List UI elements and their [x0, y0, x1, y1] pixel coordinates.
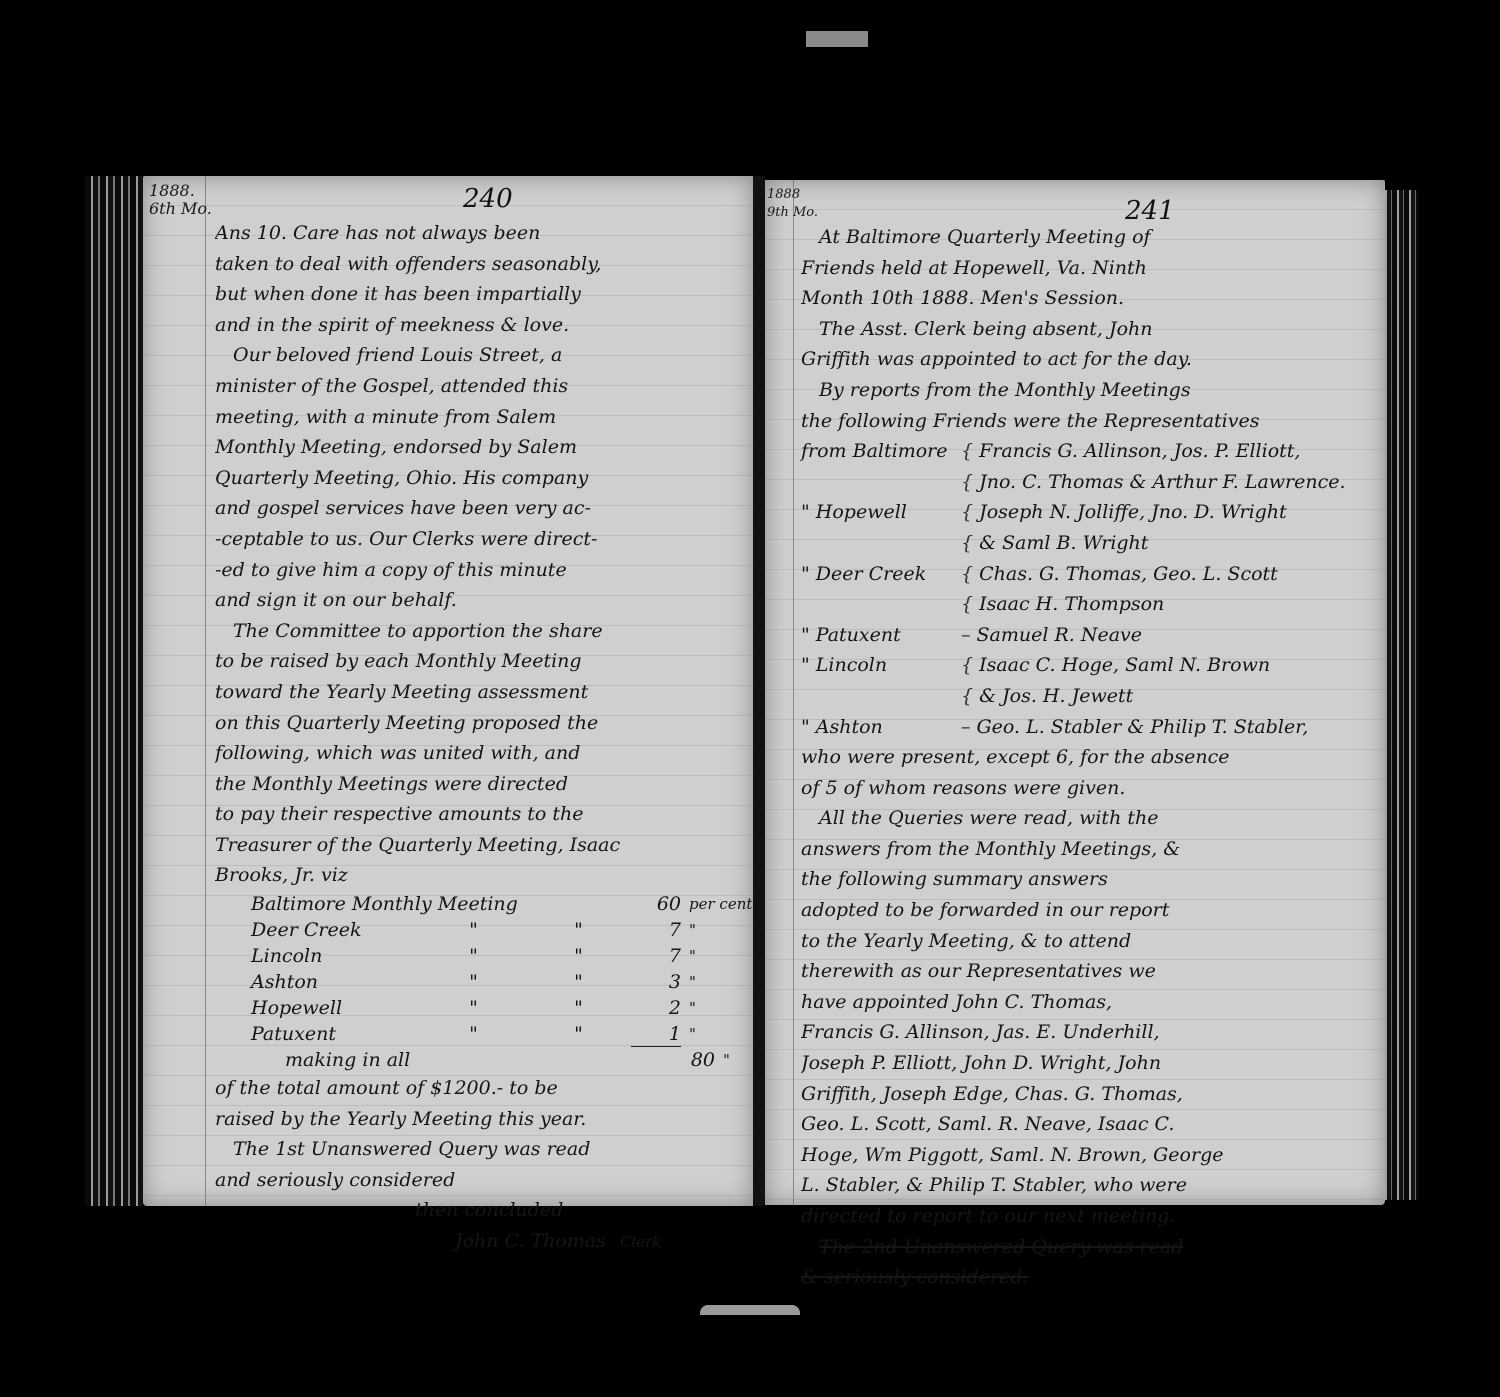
text-line: and seriously considered: [215, 1165, 783, 1196]
text-line: Joseph P. Elliott, John D. Wright, John: [801, 1048, 1346, 1079]
text-line: of the total amount of $1200.- to be: [215, 1073, 783, 1104]
percent-unit: ": [681, 917, 749, 943]
percent-value: 1: [631, 1021, 681, 1047]
representative-names: –Samuel R. Neave: [961, 620, 1346, 651]
text-line: -ed to give him a copy of this minute: [215, 555, 783, 586]
right-page: 1888 9th Mo. 241 At Baltimore Quarterly …: [765, 180, 1385, 1205]
representative-row: {& Jos. H. Jewett: [801, 681, 1346, 712]
meeting-name: from Baltimore: [801, 436, 961, 467]
representative-names: {Jno. C. Thomas & Arthur F. Lawrence.: [961, 467, 1346, 498]
margin-date: 1888 9th Mo.: [767, 186, 818, 222]
apportionment-row: Ashton""3": [215, 969, 783, 995]
assistant-clerk-minute: The Asst. Clerk being absent, JohnGriffi…: [801, 314, 1346, 375]
percent-unit: ": [681, 943, 749, 969]
text-line: but when done it has been impartially: [215, 279, 783, 310]
ditto-mark: ": [421, 1021, 526, 1047]
representative-names: {& Jos. H. Jewett: [961, 681, 1346, 712]
meeting-name: [801, 589, 961, 620]
apportionment-total: making in all80": [215, 1047, 783, 1073]
margin-rule: [793, 180, 794, 1205]
text-line: Our beloved friend Louis Street, a: [215, 340, 783, 371]
meeting-name: Patuxent: [215, 1021, 421, 1047]
closing-paragraph: of the total amount of $1200.- to berais…: [215, 1073, 783, 1195]
text-line: the Monthly Meetings were directed: [215, 769, 783, 800]
text-line: to pay their respective amounts to the: [215, 799, 783, 830]
total-label: making in all: [215, 1047, 665, 1073]
percent-unit: ": [681, 1021, 749, 1047]
clerk-name: John C. Thomas: [455, 1230, 606, 1252]
text-line: to be raised by each Monthly Meeting: [215, 646, 783, 677]
representative-row: {Jno. C. Thomas & Arthur F. Lawrence.: [801, 467, 1346, 498]
representative-row: " Lincoln{Isaac C. Hoge, Saml N. Brown: [801, 650, 1346, 681]
meeting-name: Lincoln: [215, 943, 421, 969]
meeting-name: [801, 467, 961, 498]
text-line: All the Queries were read, with the: [801, 803, 1346, 834]
brace-icon: {: [961, 532, 979, 554]
representative-row: {Isaac H. Thompson: [801, 589, 1346, 620]
margin-date: 1888. 6th Mo.: [149, 182, 212, 218]
brace-icon: {: [961, 440, 979, 462]
text-line: taken to deal with offenders seasonably,: [215, 249, 783, 280]
representative-names: –Geo. L. Stabler & Philip T. Stabler,: [961, 712, 1346, 743]
text-line: The 2nd Unanswered Query was read: [801, 1232, 1346, 1263]
brace-icon: –: [961, 624, 977, 646]
text-line: Quarterly Meeting, Ohio. His company: [215, 463, 783, 494]
names-text: Francis G. Allinson, Jos. P. Elliott,: [979, 440, 1300, 462]
representative-names: {Isaac C. Hoge, Saml N. Brown: [961, 650, 1346, 681]
ditto-mark: ": [526, 1021, 631, 1047]
brace-icon: {: [961, 563, 979, 585]
percent-unit: ": [681, 969, 749, 995]
book-edge-right: [1380, 190, 1418, 1200]
percent-value: 7: [631, 917, 681, 943]
meeting-name: Hopewell: [215, 995, 421, 1021]
representative-row: {& Saml B. Wright: [801, 528, 1346, 559]
text-line: the following summary answers: [801, 864, 1346, 895]
text-line: of 5 of whom reasons were given.: [801, 773, 1346, 804]
text-line: following, which was united with, and: [215, 738, 783, 769]
attendance-minute: who were present, except 6, for the abse…: [801, 742, 1346, 803]
representative-names: {Chas. G. Thomas, Geo. L. Scott: [961, 559, 1346, 590]
ditto-mark: ": [421, 969, 526, 995]
percent-value: 3: [631, 969, 681, 995]
ditto-mark: ": [421, 917, 526, 943]
brace-icon: {: [961, 685, 979, 707]
text-line: and gospel services have been very ac-: [215, 493, 783, 524]
meeting-name: " Hopewell: [801, 497, 961, 528]
text-line: Friends held at Hopewell, Va. Ninth: [801, 253, 1346, 284]
text-line: The Asst. Clerk being absent, John: [801, 314, 1346, 345]
meeting-name: Deer Creek: [215, 917, 421, 943]
queries-minute: All the Queries were read, with theanswe…: [801, 803, 1346, 1231]
page-number: 240: [463, 184, 513, 214]
representative-row: " Ashton–Geo. L. Stabler & Philip T. Sta…: [801, 712, 1346, 743]
right-page-body: At Baltimore Quarterly Meeting ofFriends…: [801, 222, 1346, 1293]
text-line: who were present, except 6, for the abse…: [801, 742, 1346, 773]
apportionment-row: Baltimore Monthly Meeting60per cent: [215, 891, 783, 917]
representative-names: {Isaac H. Thompson: [961, 589, 1346, 620]
text-line: Ans 10. Care has not always been: [215, 218, 783, 249]
text-line: therewith as our Representatives we: [801, 956, 1346, 987]
text-line: have appointed John C. Thomas,: [801, 987, 1346, 1018]
names-text: & Saml B. Wright: [979, 532, 1148, 554]
text-line: Francis G. Allinson, Jas. E. Underhill,: [801, 1017, 1346, 1048]
text-line: At Baltimore Quarterly Meeting of: [801, 222, 1346, 253]
margin-year: 1888: [767, 186, 818, 204]
brace-icon: {: [961, 593, 979, 615]
text-line: and sign it on our behalf.: [215, 585, 783, 616]
apportionment-row: Patuxent""1": [215, 1021, 783, 1047]
percent-value: 60: [631, 891, 681, 917]
representative-row: from Baltimore{Francis G. Allinson, Jos.…: [801, 436, 1346, 467]
representatives-list: from Baltimore{Francis G. Allinson, Jos.…: [801, 436, 1346, 742]
meeting-name: [801, 528, 961, 559]
book-edge-left: [85, 176, 143, 1206]
text-line: the following Friends were the Represent…: [801, 406, 1346, 437]
ditto-mark: ": [421, 995, 526, 1021]
text-line: The 1st Unanswered Query was read: [215, 1134, 783, 1165]
representative-names: {Francis G. Allinson, Jos. P. Elliott,: [961, 436, 1346, 467]
ditto-mark: ": [526, 917, 631, 943]
apportionment-row: Hopewell""2": [215, 995, 783, 1021]
ditto-mark: ": [526, 943, 631, 969]
meeting-name: Baltimore Monthly Meeting: [215, 891, 631, 917]
text-line: minister of the Gospel, attended this: [215, 371, 783, 402]
percent-unit: ": [681, 995, 749, 1021]
meeting-name: " Patuxent: [801, 620, 961, 651]
film-label-tab-bottom: [700, 1305, 800, 1315]
names-text: & Jos. H. Jewett: [979, 685, 1133, 707]
meeting-name: " Lincoln: [801, 650, 961, 681]
text-line: Month 10th 1888. Men's Session.: [801, 283, 1346, 314]
ditto-mark: ": [526, 969, 631, 995]
left-page: 1888. 6th Mo. 240 Ans 10. Care has not a…: [143, 176, 753, 1206]
reports-intro: By reports from the Monthly Meetingsthe …: [801, 375, 1346, 436]
names-text: Samuel R. Neave: [977, 624, 1143, 646]
text-line: directed to report to our next meeting.: [801, 1201, 1346, 1232]
total-percent: 80: [665, 1047, 715, 1073]
apportionment-row: Lincoln""7": [215, 943, 783, 969]
apportionment-row: Deer Creek""7": [215, 917, 783, 943]
apportionment-table: Baltimore Monthly Meeting60per centDeer …: [215, 891, 783, 1073]
meeting-name: [801, 681, 961, 712]
text-line: Geo. L. Scott, Saml. R. Neave, Isaac C.: [801, 1109, 1346, 1140]
names-text: Chas. G. Thomas, Geo. L. Scott: [979, 563, 1278, 585]
representative-names: {& Saml B. Wright: [961, 528, 1346, 559]
meeting-heading: At Baltimore Quarterly Meeting ofFriends…: [801, 222, 1346, 314]
concluding-note: then concluded: [215, 1195, 783, 1226]
text-line: on this Quarterly Meeting proposed the: [215, 708, 783, 739]
representative-row: " Hopewell{Joseph N. Jolliffe, Jno. D. W…: [801, 497, 1346, 528]
percent-value: 2: [631, 995, 681, 1021]
meeting-name: " Deer Creek: [801, 559, 961, 590]
brace-icon: {: [961, 471, 979, 493]
margin-month: 9th Mo.: [767, 204, 818, 222]
names-text: Geo. L. Stabler & Philip T. Stabler,: [977, 716, 1309, 738]
names-text: Isaac H. Thompson: [979, 593, 1164, 615]
margin-month: 6th Mo.: [149, 200, 212, 218]
paragraphs: Ans 10. Care has not always beentaken to…: [215, 218, 783, 891]
percent-value: 7: [631, 943, 681, 969]
representative-row: " Deer Creek{Chas. G. Thomas, Geo. L. Sc…: [801, 559, 1346, 590]
text-line: adopted to be forwarded in our report: [801, 895, 1346, 926]
text-line: Monthly Meeting, endorsed by Salem: [215, 432, 783, 463]
names-text: Isaac C. Hoge, Saml N. Brown: [979, 654, 1270, 676]
text-line: & seriously considered.: [801, 1262, 1346, 1293]
ditto-mark: ": [526, 995, 631, 1021]
percent-unit: per cent: [681, 891, 749, 917]
text-line: Griffith, Joseph Edge, Chas. G. Thomas,: [801, 1079, 1346, 1110]
representative-names: {Joseph N. Jolliffe, Jno. D. Wright: [961, 497, 1346, 528]
text-line: to the Yearly Meeting, & to attend: [801, 926, 1346, 957]
text-line: L. Stabler, & Philip T. Stabler, who wer…: [801, 1170, 1346, 1201]
meeting-name: " Ashton: [801, 712, 961, 743]
margin-rule: [205, 176, 206, 1206]
names-text: Jno. C. Thomas & Arthur F. Lawrence.: [979, 471, 1345, 493]
text-line: and in the spirit of meekness & love.: [215, 310, 783, 341]
meeting-name: Ashton: [215, 969, 421, 995]
names-text: Joseph N. Jolliffe, Jno. D. Wright: [979, 501, 1287, 523]
clerk-title: Clerk: [606, 1233, 661, 1251]
text-line: By reports from the Monthly Meetings: [801, 375, 1346, 406]
clerk-signature: John C. ThomasClerk: [215, 1226, 783, 1257]
text-line: Hoge, Wm Piggott, Saml. N. Brown, George: [801, 1140, 1346, 1171]
brace-icon: –: [961, 716, 977, 738]
text-line: Griffith was appointed to act for the da…: [801, 344, 1346, 375]
brace-icon: {: [961, 501, 979, 523]
text-line: meeting, with a minute from Salem: [215, 402, 783, 433]
text-line: raised by the Yearly Meeting this year.: [215, 1104, 783, 1135]
film-label-tab: [806, 31, 868, 47]
representative-row: " Patuxent–Samuel R. Neave: [801, 620, 1346, 651]
margin-year: 1888.: [149, 182, 212, 200]
text-line: Brooks, Jr. viz: [215, 860, 783, 891]
brace-icon: {: [961, 654, 979, 676]
text-line: toward the Yearly Meeting assessment: [215, 677, 783, 708]
text-line: answers from the Monthly Meetings, &: [801, 834, 1346, 865]
left-page-body: Ans 10. Care has not always beentaken to…: [215, 218, 783, 1257]
text-line: Treasurer of the Quarterly Meeting, Isaa…: [215, 830, 783, 861]
text-line: The Committee to apportion the share: [215, 616, 783, 647]
text-line: -ceptable to us. Our Clerks were direct-: [215, 524, 783, 555]
ditto-mark: ": [421, 943, 526, 969]
struck-through-minute: The 2nd Unanswered Query was read& serio…: [801, 1232, 1346, 1293]
